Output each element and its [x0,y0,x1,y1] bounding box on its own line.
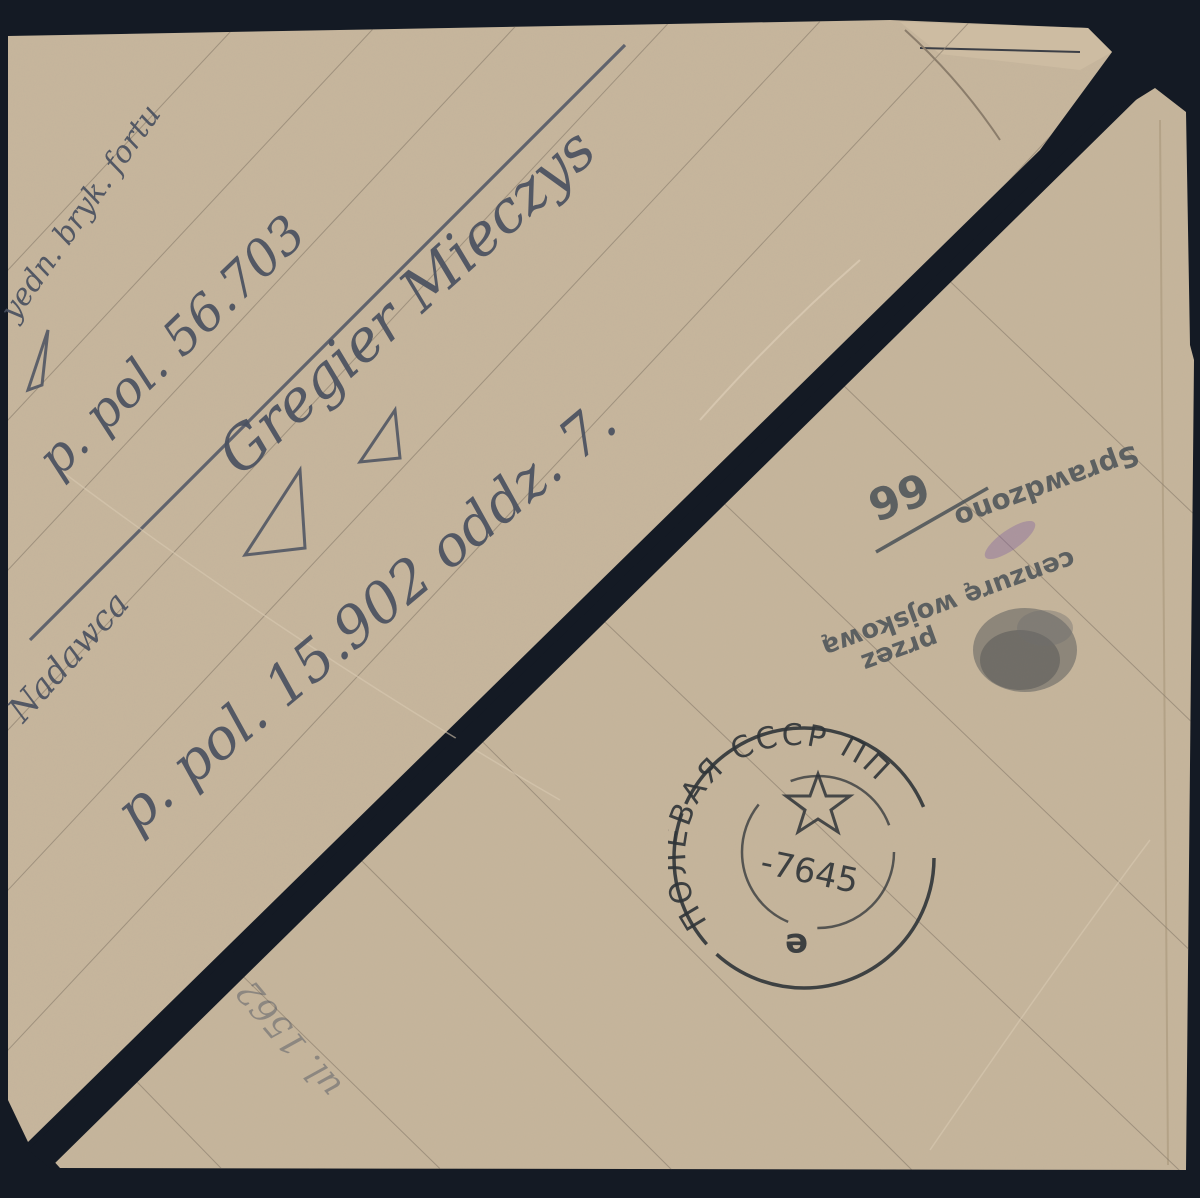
star-icon [786,774,850,832]
postmark-ring-text: ПОЛЕВАЯ СССР ПП [668,722,898,936]
postmark-number: -7645 [757,842,862,902]
pencil-triangle-marks [0,0,1200,1198]
postmark-letter: е [785,925,808,965]
letter-photo: yedn. bryk. fortu p. pol. 56.703 Gregier… [0,0,1200,1198]
svg-text:ПОЛЕВАЯ СССР ПП: ПОЛЕВАЯ СССР ПП [668,722,898,936]
field-post-postmark: ПОЛЕВАЯ СССР ПП -7645 е [668,722,940,994]
